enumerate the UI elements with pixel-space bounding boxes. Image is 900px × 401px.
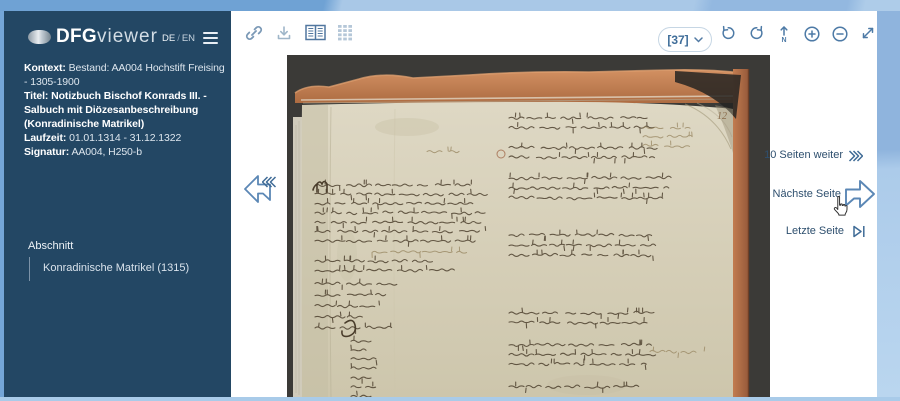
fullscreen-icon[interactable] [859,24,877,42]
nav-label-next-page[interactable]: Nächste Seite [773,188,841,200]
download-icon[interactable] [275,24,293,42]
metadata-value: 01.01.1314 - 31.12.1322 [69,132,181,144]
nav-label-10-forward[interactable]: 10 Seiten weiter [764,149,843,161]
menu-hamburger-icon[interactable] [203,32,218,44]
metadata-value: Notizbuch Bischof Konrads III. - Salbuch… [24,90,207,130]
page-view-icon[interactable] [304,22,327,43]
manuscript-viewport[interactable]: 12 [287,55,770,397]
window-frame-right [877,11,900,397]
logo-dfg: DFG [56,26,97,47]
thumbnails-icon[interactable] [338,25,353,41]
metadata-label: Kontext: [24,62,66,74]
next-page-arrow[interactable] [843,176,877,212]
page-edge-left [293,117,302,397]
language-switch: DE/EN [162,33,195,44]
reset-north-icon[interactable]: N [776,24,792,43]
window-frame-top [0,0,900,11]
metadata-label: Laufzeit: [24,132,66,144]
ten-pages-back-icon[interactable] [262,176,277,188]
permalink-icon[interactable] [245,24,263,42]
metadata-label: Titel: [24,90,48,102]
metadata-kontext: Kontext: Bestand: AA004 Hochstift Freisi… [24,61,230,89]
last-page-icon[interactable] [852,225,866,238]
metadata-panel: Kontext: Bestand: AA004 Hochstift Freisi… [24,61,230,159]
toc-item-konradinische-matrikel[interactable]: Konradinische Matrikel (1315) [29,257,189,281]
mouse-cursor [832,196,848,216]
zoom-in-icon[interactable] [803,25,821,43]
sidebar: DFGviewer DE/EN Kontext: Bestand: AA004 … [4,11,231,397]
dfg-logo-disc-icon [28,30,51,44]
page-select-dropdown[interactable]: [37] [658,27,712,52]
page-select-value: [37] [667,33,688,47]
svg-text:N: N [781,37,786,43]
metadata-titel: Titel: Notizbuch Bischof Konrads III. - … [24,89,230,131]
section-title: Abschnitt [28,240,73,252]
rotate-right-icon[interactable] [748,25,766,43]
metadata-value: AA004, H250-b [71,146,142,158]
language-de[interactable]: DE [162,33,175,44]
rotate-left-icon[interactable] [719,25,737,43]
dfg-viewer-window: DFGviewer DE/EN Kontext: Bestand: AA004 … [0,0,900,401]
metadata-signatur: Signatur: AA004, H250-b [24,145,230,159]
zoom-out-icon[interactable] [831,25,849,43]
metadata-laufzeit: Laufzeit: 01.01.1314 - 31.12.1322 [24,131,230,145]
window-frame-bottom [0,397,900,401]
logo-viewer: viewer [97,26,158,47]
language-separator: / [175,33,182,44]
viewer-main: [37] N [231,11,877,397]
ten-pages-forward-icon[interactable] [848,150,863,162]
nav-label-last-page[interactable]: Letzte Seite [786,225,844,237]
chevron-down-icon [694,37,703,43]
language-en[interactable]: EN [182,33,195,44]
folio-number: 12 [717,111,727,122]
app-logo[interactable]: DFGviewer [56,26,158,48]
metadata-label: Signatur: [24,146,69,158]
manuscript-photo[interactable]: 12 [287,55,770,397]
